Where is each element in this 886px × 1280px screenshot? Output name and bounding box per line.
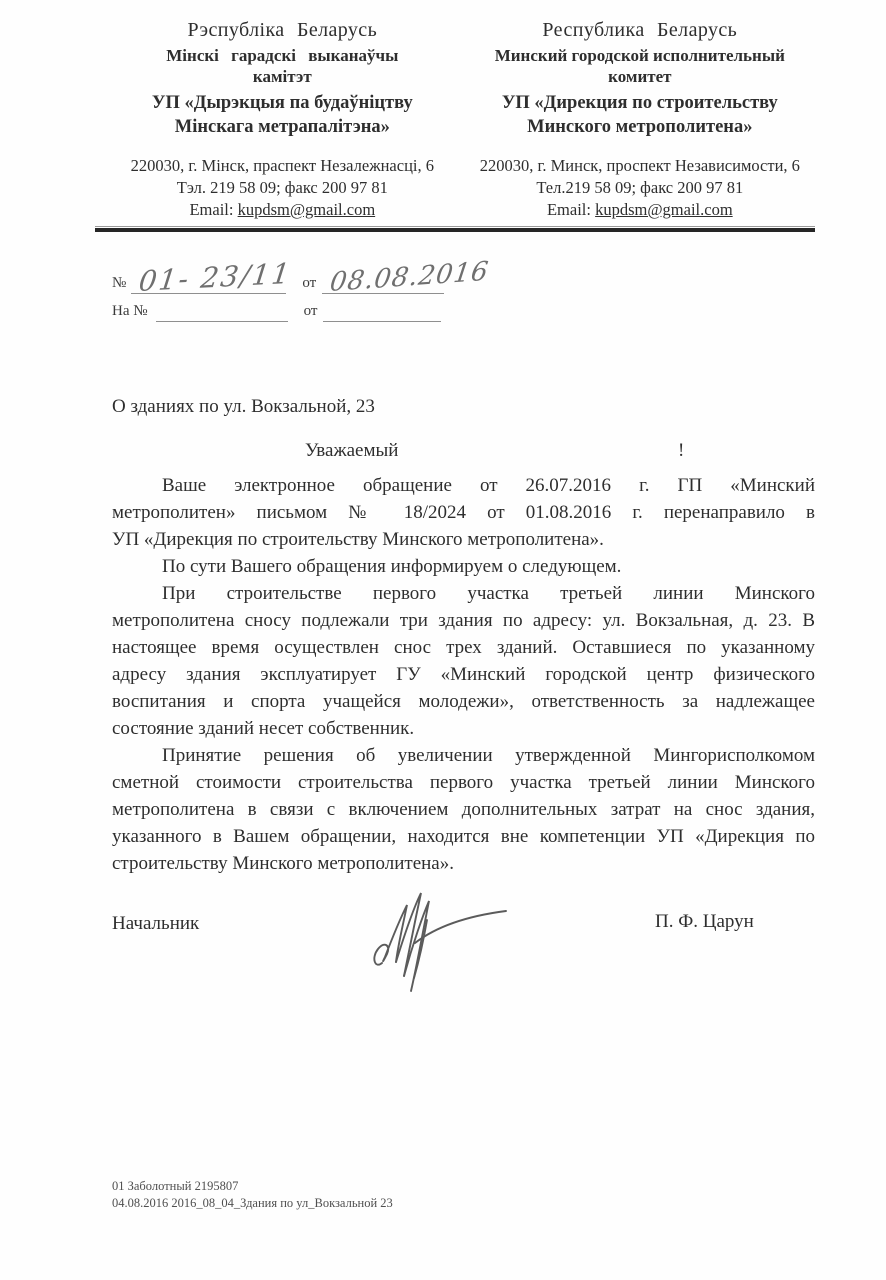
paragraph-line: воспитания и спорта учащейся молодежи», … [112, 688, 815, 715]
committee-line: комитет [465, 66, 815, 87]
handwritten-doc-date: 08.08.2016 [328, 257, 491, 298]
committee-line: камітэт [100, 66, 465, 87]
country-name-by: Рэспубліка Беларусь [100, 18, 465, 42]
letterhead-russian: Республика Беларусь Минский городской ис… [465, 18, 815, 221]
email-address: kupdsm@gmail.com [238, 200, 376, 219]
letterhead: Рэспубліка Беларусь Мінскі гарадскі выка… [100, 18, 815, 221]
doc-number-field: 01- 23/11 [131, 293, 286, 294]
outgoing-number-row: № 01- 23/11 от 08.08.2016 [112, 258, 815, 294]
organization-line: УП «Дырэкцыя па будаўніцтву [100, 91, 465, 115]
paragraph-line: При строительстве первого участка третье… [112, 580, 815, 607]
organization-line: Мінскага метрапалітэна» [100, 115, 465, 139]
paragraph: По сути Вашего обращения информируем о с… [112, 553, 815, 580]
subject-line: О зданиях по ул. Вокзальной, 23 [112, 396, 815, 418]
letterhead-belarusian: Рэспубліка Беларусь Мінскі гарадскі выка… [100, 18, 465, 221]
paragraph-line: указанного в Вашем обращении, находится … [112, 823, 815, 850]
from-date-label: от [302, 275, 316, 294]
incoming-number-row: На № от [112, 294, 815, 322]
organization-name-by: УП «Дырэкцыя па будаўніцтву Мінскага мет… [100, 91, 465, 139]
email-label: Email: [189, 200, 233, 219]
paragraph-line: Принятие решения об увеличении утвержден… [112, 742, 815, 769]
email-line: Email: kupdsm@gmail.com [465, 199, 815, 221]
paragraph-line: адресу здания эксплуатирует ГУ «Минский … [112, 661, 815, 688]
signer-name: П. Ф. Царун [655, 911, 754, 933]
address-line: 220030, г. Минск, проспект Независимости… [465, 155, 815, 177]
committee-line: Минский городской исполнительный [465, 45, 815, 66]
salutation: Уважаемый ! [112, 440, 815, 467]
incoming-number-label: На № [112, 303, 148, 322]
handwritten-signature [370, 879, 520, 1004]
registration-block: № 01- 23/11 от 08.08.2016 На № от [112, 258, 815, 322]
address-line: 220030, г. Мінск, праспект Незалежнасці,… [100, 155, 465, 177]
committee-line: Мінскі гарадскі выканаўчы [100, 45, 465, 66]
salutation-punctuation: ! [678, 440, 684, 462]
letterhead-divider [95, 226, 815, 232]
incoming-date-field [323, 321, 441, 322]
doc-date-field: 08.08.2016 [322, 293, 444, 294]
email-label: Email: [547, 200, 591, 219]
email-address: kupdsm@gmail.com [595, 200, 733, 219]
paragraph: При строительстве первого участка третье… [112, 580, 815, 742]
paragraph-line: УП «Дирекция по строительству Минского м… [112, 526, 815, 553]
signature-block: Начальник П. Ф. Царун [112, 901, 815, 1031]
footer-executor-line: 01 Заболотный 2195807 [112, 1178, 393, 1195]
doc-number-label: № [112, 275, 126, 294]
paragraph-line: настоящее время осуществлен снос трех зд… [112, 634, 815, 661]
committee-name-ru: Минский городской исполнительный комитет [465, 45, 815, 87]
phone-line: Тел.219 58 09; факс 200 97 81 [465, 177, 815, 199]
incoming-date-label: от [304, 303, 318, 322]
salutation-text: Уважаемый [305, 440, 398, 461]
organization-line: Минского метрополитена» [465, 115, 815, 139]
organization-line: УП «Дирекция по строительству [465, 91, 815, 115]
footer: 01 Заболотный 2195807 04.08.2016 2016_08… [112, 1178, 393, 1212]
committee-name-by: Мінскі гарадскі выканаўчы камітэт [100, 45, 465, 87]
handwritten-doc-number: 01- 23/11 [137, 257, 294, 298]
paragraph-line: По сути Вашего обращения информируем о с… [112, 553, 815, 580]
contact-block-by: 220030, г. Мінск, праспект Незалежнасці,… [100, 155, 465, 221]
paragraph-line: Ваше электронное обращение от 26.07.2016… [112, 472, 815, 499]
letter-body: Ваше электронное обращение от 26.07.2016… [112, 472, 815, 877]
paragraph-line: строительству Минского метрополитена». [112, 850, 815, 877]
paragraph-line: метрополитена в связи с включением допол… [112, 796, 815, 823]
incoming-number-field [156, 321, 288, 322]
paragraph-line: метрополитена сносу подлежали три здания… [112, 607, 815, 634]
footer-file-line: 04.08.2016 2016_08_04_Здания по ул_Вокза… [112, 1195, 393, 1212]
paragraph: Принятие решения об увеличении утвержден… [112, 742, 815, 877]
phone-line: Тэл. 219 58 09; факс 200 97 81 [100, 177, 465, 199]
paragraph-line: метрополитен» письмом № 18/2024 от 01.08… [112, 499, 815, 526]
paragraph-line: состояние зданий несет собственник. [112, 715, 815, 742]
organization-name-ru: УП «Дирекция по строительству Минского м… [465, 91, 815, 139]
contact-block-ru: 220030, г. Минск, проспект Независимости… [465, 155, 815, 221]
country-name-ru: Республика Беларусь [465, 18, 815, 42]
paragraph-line: сметной стоимости строительства первого … [112, 769, 815, 796]
paragraph: Ваше электронное обращение от 26.07.2016… [112, 472, 815, 553]
email-line: Email: kupdsm@gmail.com [100, 199, 465, 221]
scanned-letter-page: Рэспубліка Беларусь Мінскі гарадскі выка… [0, 0, 886, 1280]
signer-position: Начальник [112, 913, 199, 935]
